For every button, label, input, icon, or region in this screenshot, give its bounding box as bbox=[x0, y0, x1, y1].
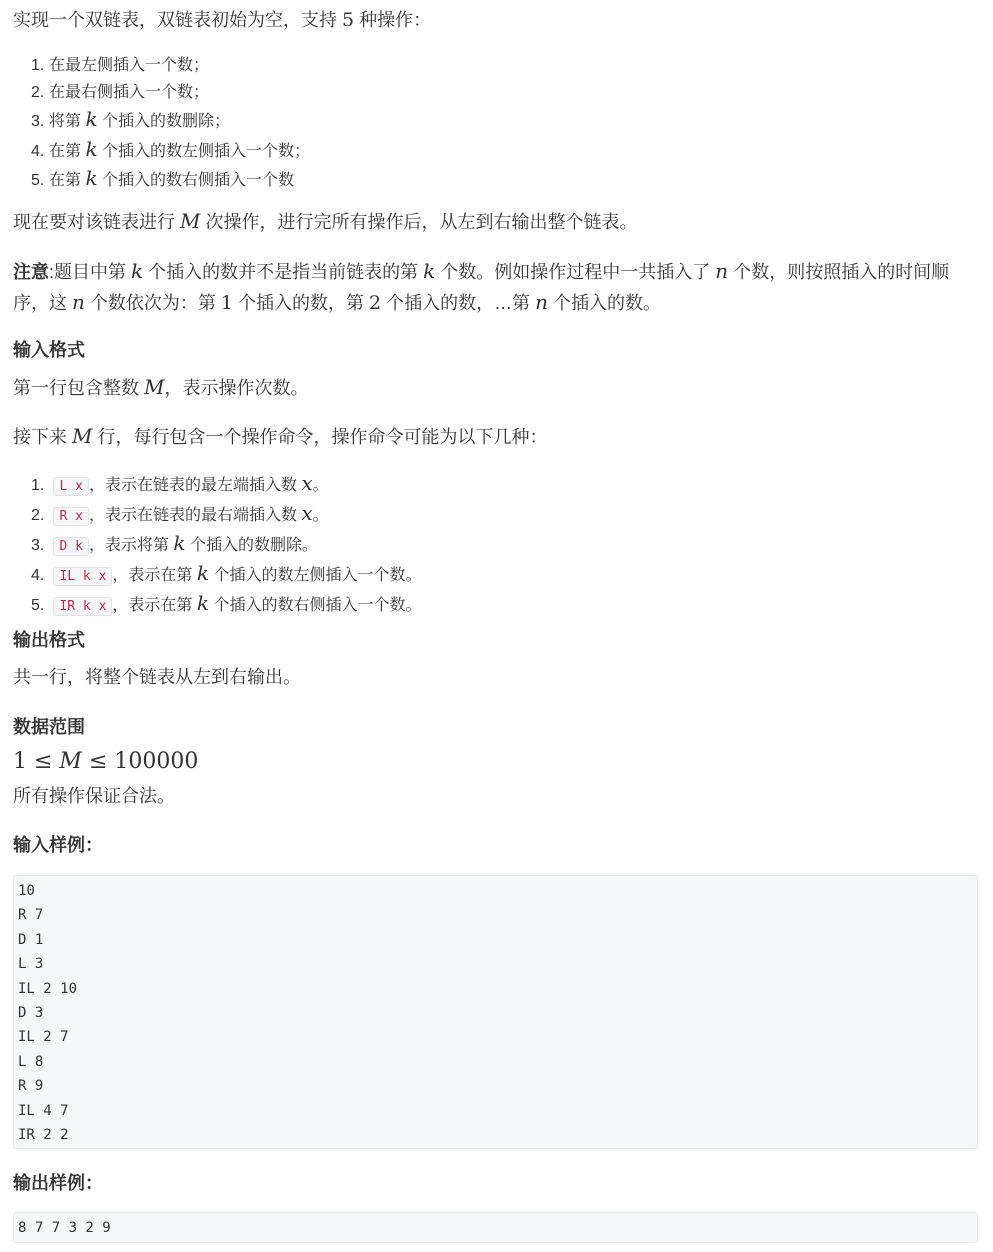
math-var: k bbox=[85, 137, 97, 161]
operation-count: 5 bbox=[342, 9, 354, 31]
command-code: L x bbox=[53, 477, 88, 496]
item-text: 个插入的数右侧插入一个数。 bbox=[209, 597, 421, 614]
text: ，表示操作次数。 bbox=[165, 378, 309, 398]
item-text: 个插入的数左侧插入一个数。 bbox=[209, 567, 421, 584]
item-text: 个插入的数左侧插入一个数； bbox=[98, 143, 310, 160]
data-range-formula: 1 ≤ M ≤ 100000 bbox=[13, 748, 198, 776]
command-code: D k bbox=[53, 537, 88, 556]
sample-input-block[interactable]: 10 R 7 D 1 L 3 IL 2 10 D 3 IL 2 7 L 8 R … bbox=[13, 875, 978, 1149]
item-number: 1. bbox=[31, 472, 49, 499]
text: 行，每行包含一个操作命令，操作命令可能为以下几种： bbox=[93, 427, 548, 447]
intro-text: 实现一个双链表，双链表初始为空，支持 bbox=[13, 10, 342, 30]
operation-list: 1.在最左侧插入一个数； 2.在最右侧插入一个数； 3.将第 k 个插入的数删除… bbox=[31, 53, 310, 195]
item-number: 1. bbox=[31, 53, 49, 80]
list-item: 4. IL k x，表示在第 k 个插入的数左侧插入一个数。 bbox=[31, 560, 421, 590]
le-symbol: ≤ bbox=[82, 749, 114, 774]
item-text: 在最左侧插入一个数； bbox=[49, 57, 209, 74]
math-var: x bbox=[301, 471, 312, 495]
le-symbol: ≤ bbox=[27, 749, 59, 774]
item-text: 将第 bbox=[49, 113, 85, 130]
data-range-heading: 数据范围 bbox=[13, 714, 85, 740]
command-code: IR k x bbox=[53, 597, 112, 616]
math-var: x bbox=[301, 501, 312, 525]
math-var: n bbox=[715, 259, 728, 283]
note-label: 注意 bbox=[13, 262, 49, 282]
math-var: n bbox=[72, 290, 85, 314]
item-text: 在最右侧插入一个数； bbox=[49, 84, 209, 101]
math-var: k bbox=[197, 591, 209, 615]
legal-note: 所有操作保证合法。 bbox=[13, 782, 175, 810]
list-item: 3.将第 k 个插入的数删除； bbox=[31, 106, 310, 136]
math-var: M bbox=[59, 749, 82, 774]
output-format-heading: 输出格式 bbox=[13, 627, 85, 653]
command-code: R x bbox=[53, 507, 88, 526]
item-number: 5. bbox=[31, 168, 49, 195]
math-var: k bbox=[423, 259, 435, 283]
item-text: ，表示在第 bbox=[112, 597, 196, 614]
list-item: 2.在最右侧插入一个数； bbox=[31, 80, 310, 107]
range-lower: 1 bbox=[13, 749, 27, 774]
math-var: n bbox=[535, 290, 548, 314]
sample-output-heading: 输出样例： bbox=[13, 1170, 103, 1196]
item-text: 个插入的数删除； bbox=[98, 113, 230, 130]
m-operations-paragraph: 现在要对该链表进行 M 次操作，进行完所有操作后，从左到右输出整个链表。 bbox=[13, 207, 638, 236]
list-item: 5. IR k x，表示在第 k 个插入的数右侧插入一个数。 bbox=[31, 590, 421, 620]
math-var: k bbox=[197, 561, 209, 585]
math-num: 1 bbox=[221, 292, 233, 314]
input-format-line1: 第一行包含整数 M，表示操作次数。 bbox=[13, 373, 309, 402]
command-list: 1. L x，表示在链表的最左端插入数 x。 2. R x，表示在链表的最右端插… bbox=[31, 470, 421, 620]
math-var: k bbox=[173, 531, 185, 555]
item-text: 。 bbox=[313, 477, 329, 494]
output-format-text: 共一行，将整个链表从左到右输出。 bbox=[13, 663, 301, 691]
item-text: 在第 bbox=[49, 172, 85, 189]
item-text: ，表示在链表的最右端插入数 bbox=[89, 507, 301, 524]
math-var: k bbox=[85, 107, 97, 131]
list-item: 4.在第 k 个插入的数左侧插入一个数； bbox=[31, 136, 310, 166]
item-number: 2. bbox=[31, 80, 49, 107]
item-number: 2. bbox=[31, 502, 49, 529]
math-var: k bbox=[131, 259, 143, 283]
sample-output-block[interactable]: 8 7 7 3 2 9 bbox=[13, 1212, 978, 1243]
intro-paragraph: 实现一个双链表，双链表初始为空，支持 5 种操作： bbox=[13, 6, 431, 34]
item-text: 在第 bbox=[49, 143, 85, 160]
list-item: 3. D k，表示将第 k 个插入的数删除。 bbox=[31, 530, 421, 560]
item-text: ，表示在链表的最左端插入数 bbox=[89, 477, 301, 494]
item-number: 4. bbox=[31, 139, 49, 166]
list-item: 2. R x，表示在链表的最右端插入数 x。 bbox=[31, 500, 421, 530]
text: :题目中第 bbox=[49, 262, 131, 282]
item-number: 3. bbox=[31, 532, 49, 559]
item-number: 5. bbox=[31, 592, 49, 619]
intro-text-end: 种操作： bbox=[354, 10, 431, 30]
math-num: 2 bbox=[369, 292, 381, 314]
item-number: 4. bbox=[31, 562, 49, 589]
sample-input-heading: 输入样例： bbox=[13, 832, 103, 858]
item-text: ，表示将第 bbox=[89, 537, 173, 554]
note-paragraph: 注意:题目中第 k 个插入的数并不是指当前链表的第 k 个数。例如操作过程中一共… bbox=[13, 256, 978, 318]
command-code: IL k x bbox=[53, 567, 112, 586]
item-text: ，表示在第 bbox=[112, 567, 196, 584]
input-format-heading: 输入格式 bbox=[13, 337, 85, 363]
item-text: 个插入的数删除。 bbox=[186, 537, 318, 554]
input-format-line2: 接下来 M 行，每行包含一个操作命令，操作命令可能为以下几种： bbox=[13, 422, 548, 451]
item-text: 个插入的数右侧插入一个数 bbox=[98, 172, 294, 189]
math-var: M bbox=[72, 424, 92, 448]
text: 现在要对该链表进行 bbox=[13, 212, 180, 232]
list-item: 1.在最左侧插入一个数； bbox=[31, 53, 310, 80]
math-var: M bbox=[144, 375, 164, 399]
math-var: k bbox=[85, 166, 97, 190]
math-var: M bbox=[180, 209, 200, 233]
item-text: 。 bbox=[313, 507, 329, 524]
text: 个插入的数，第 bbox=[233, 293, 369, 313]
text: 次操作，进行完所有操作后，从左到右输出整个链表。 bbox=[201, 212, 638, 232]
text: 个插入的数并不是指当前链表的第 bbox=[143, 262, 423, 282]
item-number: 3. bbox=[31, 109, 49, 136]
list-item: 5.在第 k 个插入的数右侧插入一个数 bbox=[31, 165, 310, 195]
text: 个数。例如操作过程中一共插入了 bbox=[435, 262, 715, 282]
text: 接下来 bbox=[13, 427, 72, 447]
text: 第一行包含整数 bbox=[13, 378, 144, 398]
text: 个数依次为：第 bbox=[85, 293, 221, 313]
text: 个插入的数，…第 bbox=[381, 293, 535, 313]
range-upper: 100000 bbox=[114, 749, 198, 774]
text: 个插入的数。 bbox=[548, 293, 661, 313]
list-item: 1. L x，表示在链表的最左端插入数 x。 bbox=[31, 470, 421, 500]
